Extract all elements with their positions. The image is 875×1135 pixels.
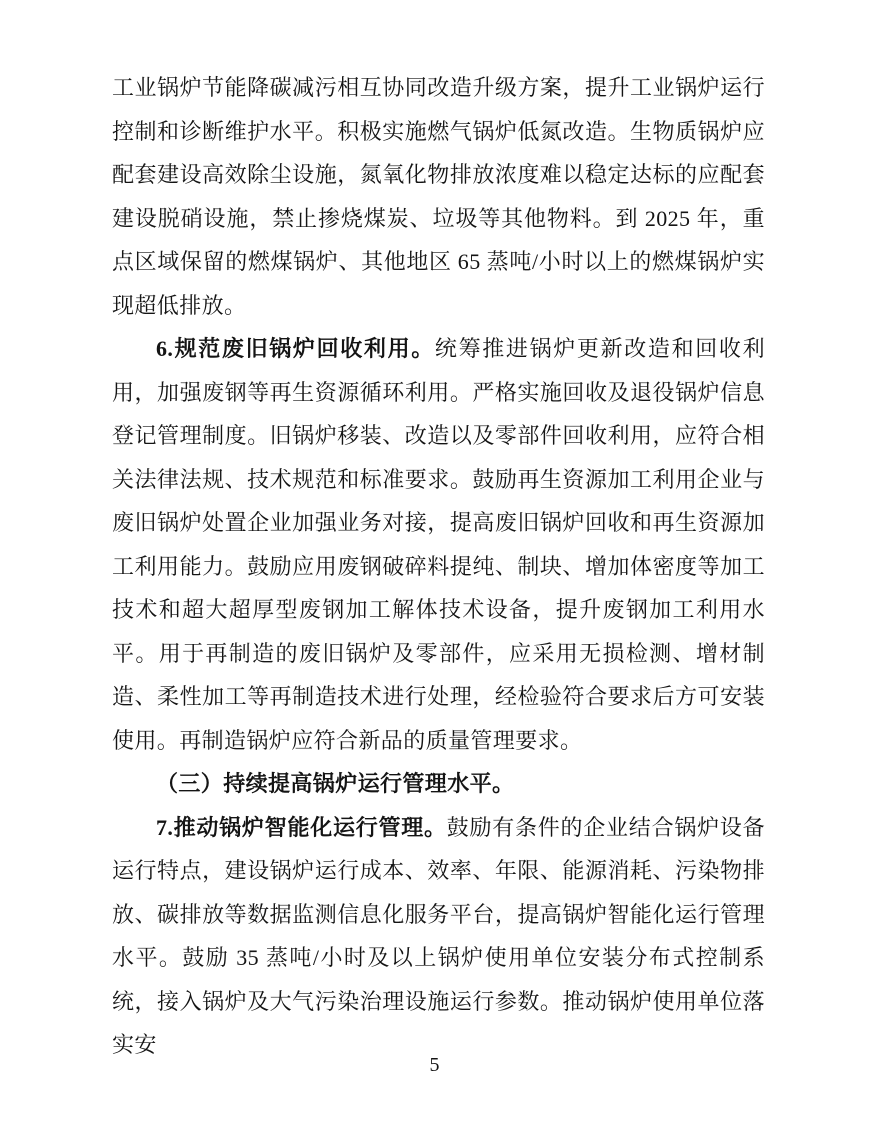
item-7-heading: 7.推动锅炉智能化运行管理。 — [156, 815, 447, 840]
paragraph-text: 工业锅炉节能降碳减污相互协同改造升级方案，提升工业锅炉运行控制和诊断维护水平。积… — [112, 75, 765, 318]
paragraph-item-7: 7.推动锅炉智能化运行管理。鼓励有条件的企业结合锅炉设备运行特点，建设锅炉运行成… — [112, 806, 765, 1067]
document-page: 工业锅炉节能降碳减污相互协同改造升级方案，提升工业锅炉运行控制和诊断维护水平。积… — [0, 0, 875, 1135]
paragraph-item-6: 6.规范废旧锅炉回收利用。统筹推进锅炉更新改造和回收利用，加强废钢等再生资源循环… — [112, 327, 765, 762]
page-number: 5 — [0, 1054, 869, 1077]
item-6-heading: 6.规范废旧锅炉回收利用。 — [156, 336, 435, 361]
section-heading-text: （三）持续提高锅炉运行管理水平。 — [156, 771, 514, 796]
paragraph-continuation: 工业锅炉节能降碳减污相互协同改造升级方案，提升工业锅炉运行控制和诊断维护水平。积… — [112, 66, 765, 327]
paragraph-text: 统筹推进锅炉更新改造和回收利用，加强废钢等再生资源循环利用。严格实施回收及退役锅… — [112, 336, 765, 753]
paragraph-text: 鼓励有条件的企业结合锅炉设备运行特点，建设锅炉运行成本、效率、年限、能源消耗、污… — [112, 815, 765, 1058]
section-heading-3: （三）持续提高锅炉运行管理水平。 — [112, 762, 765, 806]
